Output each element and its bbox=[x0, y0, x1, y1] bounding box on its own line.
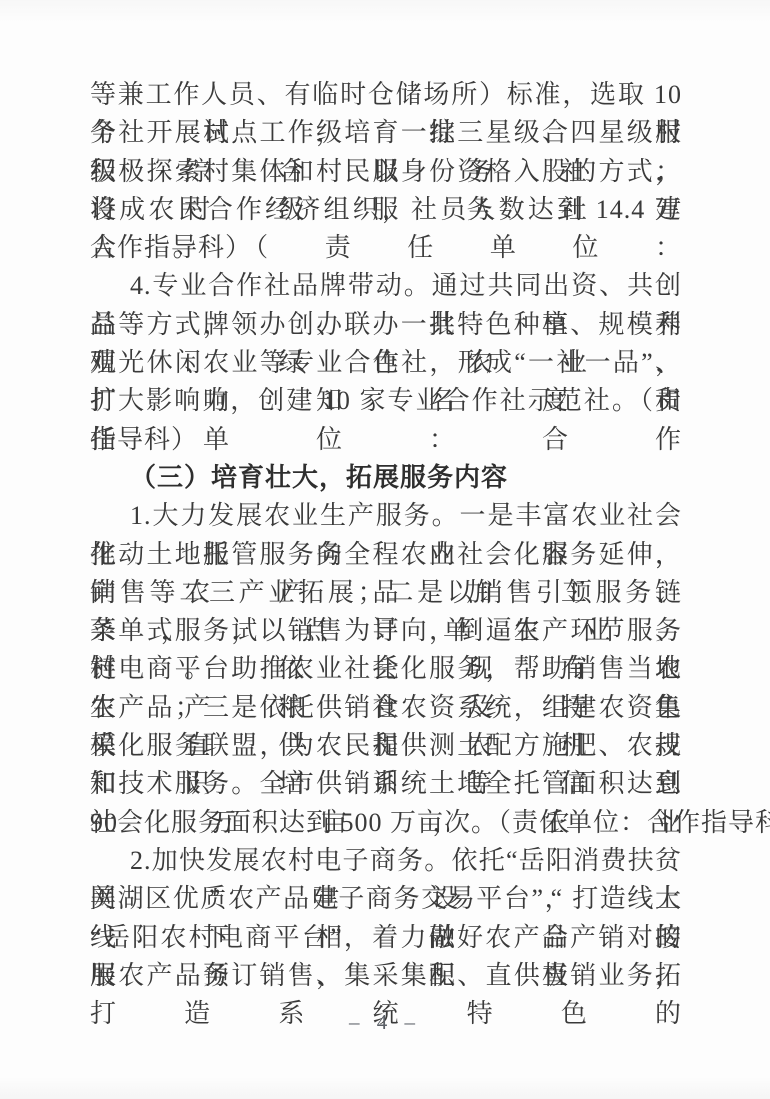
document-line: 展农产品预订销售、集采集配、直供直销业务，打造系统特色的 bbox=[90, 957, 682, 995]
document-line: 销售等二三产业拓展；二是以销售引领服务链条，试点订单农业、 bbox=[90, 574, 682, 612]
document-line: 4.专业合作社品牌带动。通过共同出资、共创品牌、共享利 bbox=[90, 267, 682, 305]
document-line: 观光休闲农业等专业合作社，形成“一社一品”，打响知名度和 bbox=[90, 344, 682, 382]
document-page: 等兼工作人员、有临时仓储场所）标准，选取 10 个村级综合服 务社开展试点工作，… bbox=[0, 0, 770, 1099]
section-heading: （三）培育壮大，拓展服务内容 bbox=[90, 459, 682, 497]
document-line: “岳阳农村电商平台”，着力做好农产品产销对接服务，积极拓 bbox=[90, 919, 682, 957]
document-line: 扩大影响力，创建 10 家专业合作社示范社。（责任单位：合作 bbox=[90, 382, 682, 420]
document-line: 模化服务联盟，为农民提供测土配方施肥、农技知识培训等信息 bbox=[90, 727, 682, 765]
document-line: 村电商平台助推农业社会化服务，帮助销售当地生产粮食及特色 bbox=[90, 650, 682, 688]
document-line: 积极探索村集体和村民以身份资格入股的方式，将村级服务社建 bbox=[90, 153, 682, 191]
document-line: 2.加快发展农村电子商务。依托“岳阳消费扶贫网”建设“大 bbox=[90, 842, 682, 880]
document-line: 和技术服务。全市供销系统土地全托管面积达到 90 万亩，农业 bbox=[90, 765, 682, 803]
document-body: 等兼工作人员、有临时仓储场所）标准，选取 10 个村级综合服 务社开展试点工作，… bbox=[90, 76, 682, 995]
document-line: 1.大力发展农业生产服务。一是丰富农业社会化服务内容， bbox=[90, 497, 682, 535]
document-line: 设成农民合作经济组织，社员人数达到 14.4 万人。（责任单位： bbox=[90, 191, 682, 229]
document-line: 菜单式服务，以销售为导向，倒逼生产环节服务链。依托现有农 bbox=[90, 612, 682, 650]
document-line: 美湖区优质农产品电子商务交易平台”，打造线上线下相融合的 bbox=[90, 880, 682, 918]
document-line: 务社开展试点工作，培育一批三星级、四星级村级综合服务社； bbox=[90, 114, 682, 152]
document-line: 农产品；三是依托供销社农资系统，组建农资集采直供和农机规 bbox=[90, 689, 682, 727]
document-line: 益等方式，领办创办联办一批特色种植、规模养殖、绿色农业、 bbox=[90, 306, 682, 344]
page-number: – 4 – bbox=[0, 1010, 770, 1035]
document-line: 等兼工作人员、有临时仓储场所）标准，选取 10 个村级综合服 bbox=[90, 76, 682, 114]
document-line: 推动土地托管服务向全程农业社会化服务延伸，向农产品加工、 bbox=[90, 536, 682, 574]
document-line: 社会化服务面积达到 500 万亩次。（责任单位：合作指导科） bbox=[90, 804, 682, 842]
